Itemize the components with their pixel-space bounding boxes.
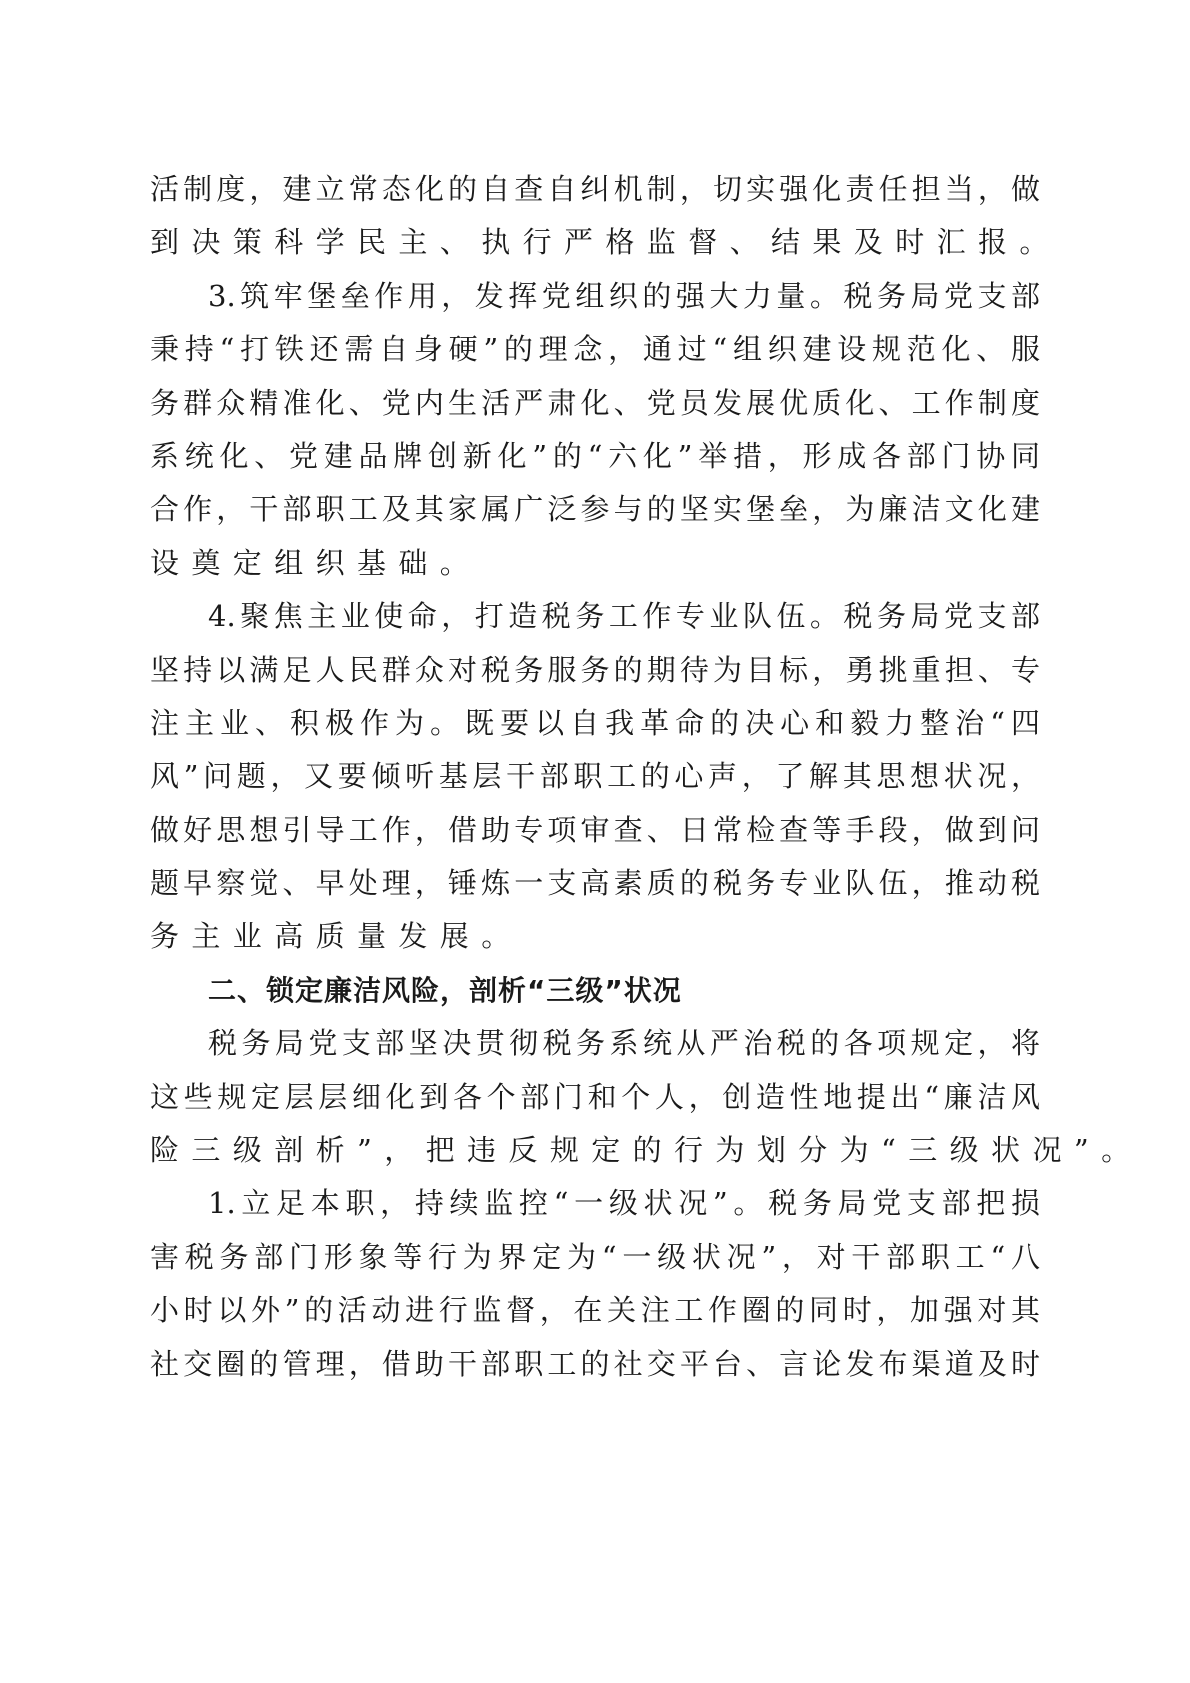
text-line: 秉持“打铁还需自身硬”的理念，通过“组织建设规范化、服 xyxy=(150,323,1040,376)
paragraph-start-3: 3.筑牢堡垒作用，发挥党组织的强大力量。税务局党支部 xyxy=(150,270,1040,323)
text-line: 务群众精准化、党内生活严肃化、党员发展优质化、工作制度 xyxy=(150,377,1040,430)
paragraph-start-4: 4.聚焦主业使命，打造税务工作专业队伍。税务局党支部 xyxy=(150,590,1040,643)
text-line: 做好思想引导工作，借助专项审查、日常检查等手段，做到问 xyxy=(150,804,1040,857)
text-line: 到决策科学民主、执行严格监督、结果及时汇报。 xyxy=(150,216,1040,269)
document-page: 活制度，建立常态化的自查自纠机制，切实强化责任担当，做 到决策科学民主、执行严格… xyxy=(150,163,1040,1391)
text-line: 务主业高质量发展。 xyxy=(150,910,1040,963)
text-line: 这些规定层层细化到各个部门和个人，创造性地提出“廉洁风 xyxy=(150,1071,1040,1124)
text-line: 坚持以满足人民群众对税务服务的期待为目标，勇挑重担、专 xyxy=(150,644,1040,697)
paragraph-start: 税务局党支部坚决贯彻税务系统从严治税的各项规定，将 xyxy=(150,1017,1040,1070)
text-line: 风”问题，又要倾听基层干部职工的心声，了解其思想状况， xyxy=(150,750,1040,803)
paragraph-start-1: 1.立足本职，持续监控“一级状况”。税务局党支部把损 xyxy=(150,1177,1040,1230)
text-line: 社交圈的管理，借助干部职工的社交平台、言论发布渠道及时 xyxy=(150,1338,1040,1391)
text-line: 害税务部门形象等行为界定为“一级状况”，对干部职工“八 xyxy=(150,1231,1040,1284)
text-line: 小时以外”的活动进行监督，在关注工作圈的同时，加强对其 xyxy=(150,1284,1040,1337)
text-line: 题早察觉、早处理，锤炼一支高素质的税务专业队伍，推动税 xyxy=(150,857,1040,910)
text-line: 险三级剖析”，把违反规定的行为划分为“三级状况”。 xyxy=(150,1124,1040,1177)
text-line: 合作，干部职工及其家属广泛参与的坚实堡垒，为廉洁文化建 xyxy=(150,483,1040,536)
text-line: 设奠定组织基础。 xyxy=(150,537,1040,590)
text-line: 活制度，建立常态化的自查自纠机制，切实强化责任担当，做 xyxy=(150,163,1040,216)
section-heading: 二、锁定廉洁风险，剖析“三级”状况 xyxy=(150,964,1040,1017)
text-line: 系统化、党建品牌创新化”的“六化”举措，形成各部门协同 xyxy=(150,430,1040,483)
text-line: 注主业、积极作为。既要以自我革命的决心和毅力整治“四 xyxy=(150,697,1040,750)
